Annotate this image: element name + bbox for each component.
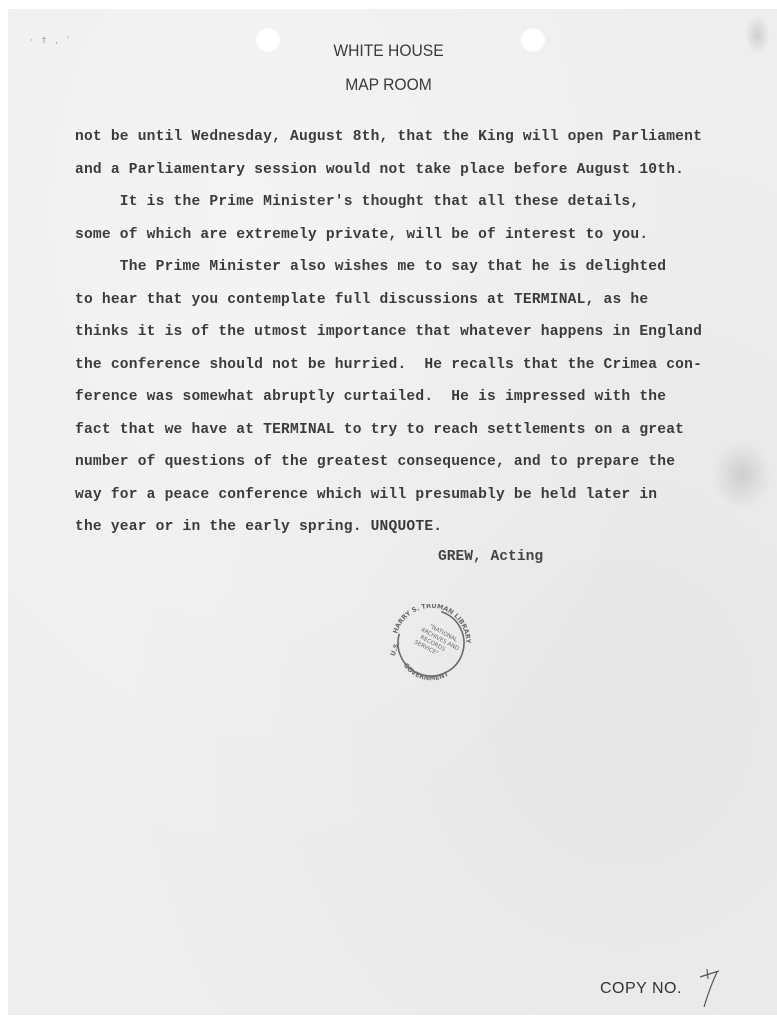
body-line: The Prime Minister also wishes me to say… <box>75 257 666 277</box>
archive-stamp-icon: HARRY S. TRUMAN LIBRARY U.S. GOVERNMENT … <box>386 604 476 682</box>
handwritten-copy-number: 7 <box>695 965 725 1009</box>
body-line: the year or in the early spring. UNQUOTE… <box>75 517 442 537</box>
body-line: It is the Prime Minister's thought that … <box>75 192 639 212</box>
letterhead-subtitle: MAP ROOM <box>31 75 746 95</box>
letterhead-title: WHITE HOUSE <box>31 41 746 61</box>
body-line: number of questions of the greatest cons… <box>75 452 675 472</box>
body-line: thinks it is of the utmost importance th… <box>75 322 702 342</box>
body-line: fact that we have at TERMINAL to try to … <box>75 420 684 440</box>
body-line: and a Parliamentary session would not ta… <box>75 160 684 180</box>
body-line: ference was somewhat abruptly curtailed.… <box>75 387 666 407</box>
body-line: not be until Wednesday, August 8th, that… <box>75 127 702 147</box>
copy-number-label: COPY NO. <box>600 980 682 998</box>
body-line: the conference should not be hurried. He… <box>75 355 702 375</box>
body-line: some of which are extremely private, wil… <box>75 225 648 245</box>
corner-smudge <box>745 15 770 55</box>
body-line: way for a peace conference which will pr… <box>75 485 657 505</box>
ink-smudge <box>712 440 772 510</box>
svg-text:GOVERNMENT: GOVERNMENT <box>401 655 451 682</box>
signature: GREW, Acting <box>438 549 543 565</box>
body-line: to hear that you contemplate full discus… <box>75 290 648 310</box>
